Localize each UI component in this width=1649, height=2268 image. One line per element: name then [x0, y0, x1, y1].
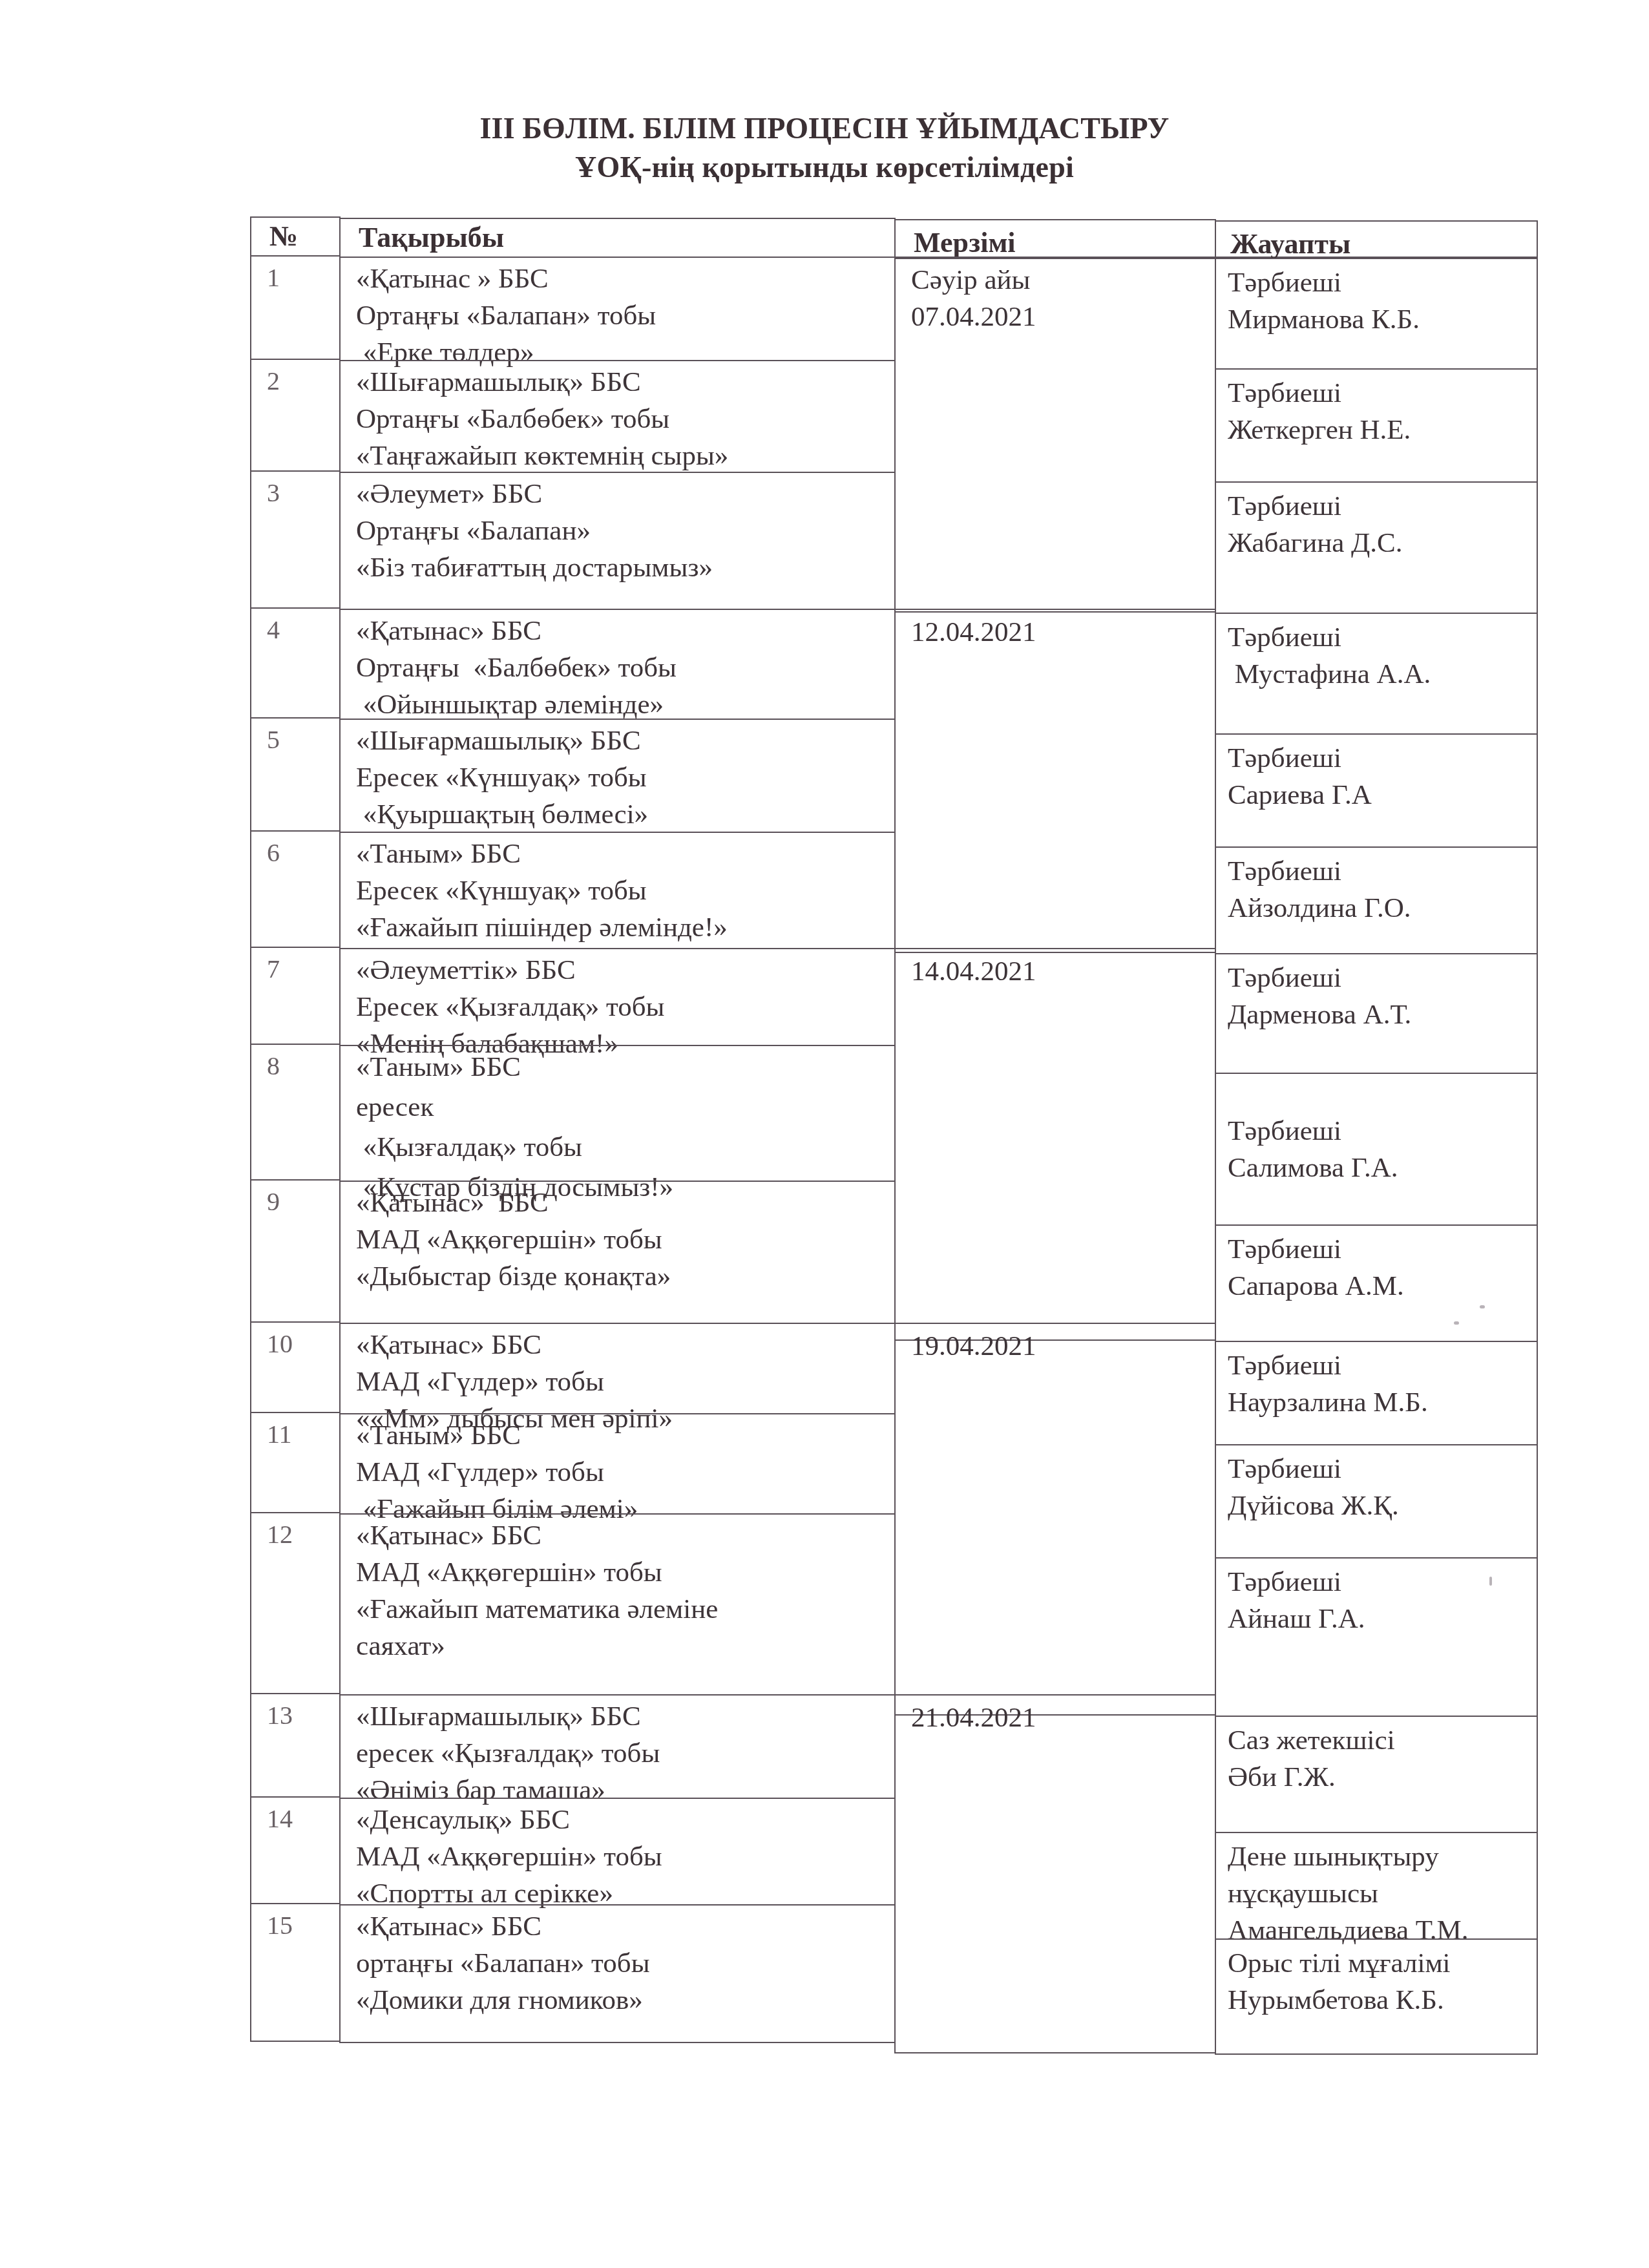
date-line: 12.04.2021: [911, 614, 1036, 651]
row-number-cell: 13: [250, 1693, 341, 1798]
topic-line: «Қатынас» ББС: [356, 1517, 541, 1554]
responsible-line: Жеткерген Н.Е.: [1228, 412, 1411, 448]
row-number-cell: 10: [250, 1321, 341, 1413]
topic-line: Ортаңғы «Балбөбек» тобы: [356, 649, 677, 686]
header-number-cell: №: [250, 216, 341, 257]
row-number-cell: 6: [250, 830, 341, 948]
responsible-line: Тәрбиеші: [1228, 488, 1341, 525]
date-cell: 14.04.2021: [894, 948, 1216, 1341]
row-number: 5: [267, 721, 280, 758]
responsible-cell: ТәрбиешіМирманова К.Б.: [1215, 258, 1538, 370]
header-topic: Тақырыбы: [359, 219, 504, 256]
topic-line: «Әлеумет» ББС: [356, 476, 542, 512]
responsible-line: Тәрбиеші: [1228, 1564, 1341, 1601]
responsible-cell: ТәрбиешіНаурзалина М.Б.: [1215, 1341, 1538, 1445]
row-number: 13: [267, 1697, 293, 1734]
responsible-line: Нурымбетова К.Б.: [1228, 1982, 1444, 2019]
topic-cell: «Қатынас» ББСортаңғы «Балапан» тобы«Доми…: [339, 1904, 896, 2043]
topic-cell: «Әлеуметтік» ББСЕресек «Қызғалдақ» тобы«…: [339, 948, 896, 1046]
scan-speck: [1480, 1305, 1485, 1308]
topic-line: «Әлеуметтік» ББС: [356, 952, 576, 989]
topic-line: «Қызғалдақ» тобы: [356, 1129, 582, 1166]
topic-line: МАД «Гүлдер» тобы: [356, 1363, 604, 1400]
responsible-line: Тәрбиеші: [1228, 1347, 1341, 1384]
row-number: 12: [267, 1516, 293, 1553]
topic-line: МАД «Аққөгершін» тобы: [356, 1838, 662, 1875]
topic-cell: «Әлеумет» ББСОртаңғы «Балапан»«Біз табиғ…: [339, 472, 896, 610]
date-line: 19.04.2021: [911, 1328, 1036, 1365]
responsible-line: Мустафина А.А.: [1228, 656, 1431, 693]
topic-line: «Ғажайып пішіндер әлемінде!»: [356, 909, 728, 946]
topic-line: «Таным» ББС: [356, 1417, 521, 1454]
topic-line: Ортаңғы «Балапан»: [356, 512, 591, 549]
responsible-cell: ТәрбиешіДарменова А.Т.: [1215, 953, 1538, 1074]
date-cell: 19.04.2021: [894, 1323, 1216, 1716]
topic-line: «Ғажайып математика әлеміне: [356, 1591, 718, 1628]
topic-cell: «Денсаулық» ББСМАД «Аққөгершін» тобы«Спо…: [339, 1798, 896, 1906]
header-date-cell: Мерзімі: [894, 219, 1216, 259]
responsible-cell: ТәрбиешіДүйісова Ж.Қ.: [1215, 1444, 1538, 1559]
topic-line: «Таным» ББС: [356, 1049, 521, 1086]
responsible-line: Сариева Г.А: [1228, 777, 1372, 814]
topic-line: «Домики для гномиков»: [356, 1982, 643, 2019]
topic-line: ересек «Қызғалдақ» тобы: [356, 1735, 660, 1772]
responsible-line: Дене шынықтыру: [1228, 1838, 1439, 1875]
scan-speck: [1454, 1321, 1459, 1325]
responsible-cell: ТәрбиешіСалимова Г.А.: [1215, 1073, 1538, 1226]
row-number-cell: 2: [250, 359, 341, 472]
responsible-line: Тәрбиеші: [1228, 960, 1341, 996]
topic-line: «Дыбыстар бізде қонақта»: [356, 1258, 671, 1295]
responsible-line: Тәрбиеші: [1228, 1451, 1341, 1487]
topic-line: «Қатынас» ББС: [356, 1184, 549, 1221]
topic-line: «Біз табиғаттың достарымыз»: [356, 549, 713, 586]
topic-line: «Шығармашылық» ББС: [356, 722, 641, 759]
topic-line: «Шығармашылық» ББС: [356, 1698, 641, 1735]
topic-cell: «Шығармашылық» ББСересек «Қызғалдақ» тоб…: [339, 1694, 896, 1799]
row-number: 10: [267, 1325, 293, 1362]
row-number: 11: [267, 1416, 292, 1453]
responsible-cell: ТәрбиешіАйзолдина Г.О.: [1215, 846, 1538, 954]
row-number-cell: 7: [250, 947, 341, 1045]
topic-cell: «Шығармашылық» ББСОртаңғы «Балбөбек» тоб…: [339, 360, 896, 473]
date-cell: Сәуір айы07.04.2021: [894, 257, 1216, 613]
topic-line: «Қатынас» ББС: [356, 1327, 541, 1363]
row-number: 14: [267, 1800, 293, 1837]
topic-cell: «Қатынас» ББСМАД «Аққөгершін» тобы«Дыбыс…: [339, 1181, 896, 1324]
responsible-cell: ТәрбиешіЖабагина Д.С.: [1215, 481, 1538, 614]
topic-line: МАД «Аққөгершін» тобы: [356, 1554, 662, 1591]
row-number-cell: 8: [250, 1044, 341, 1181]
section-subtitle: ҰОҚ-нің қорытынды көрсетілімдері: [0, 150, 1649, 184]
responsible-line: Әби Г.Ж.: [1228, 1759, 1336, 1796]
responsible-line: Тәрбиеші: [1228, 1113, 1341, 1150]
topic-cell: «Таным» ББСЕресек «Күншуақ» тобы«Ғажайып…: [339, 832, 896, 949]
row-number: 15: [267, 1907, 293, 1944]
responsible-line: Тәрбиеші: [1228, 375, 1341, 412]
topic-cell: «Қатынас» ББСОртаңғы «Балбөбек» тобы «Ой…: [339, 609, 896, 720]
header-responsible: Жауапты: [1230, 226, 1350, 262]
responsible-line: Мирманова К.Б.: [1228, 301, 1420, 338]
row-number: 9: [267, 1183, 280, 1220]
row-number: 4: [267, 611, 280, 648]
header-responsible-cell: Жауапты: [1215, 220, 1538, 258]
date-cell: 12.04.2021: [894, 609, 1216, 953]
responsible-line: Айзолдина Г.О.: [1228, 890, 1411, 927]
row-number-cell: 12: [250, 1512, 341, 1694]
row-number-cell: 14: [250, 1796, 341, 1904]
row-number-cell: 3: [250, 470, 341, 609]
topic-line: МАД «Гүлдер» тобы: [356, 1454, 604, 1491]
topic-line: «Қуыршақтың бөлмесі»: [356, 796, 648, 833]
row-number-cell: 1: [250, 255, 341, 360]
responsible-line: Салимова Г.А.: [1228, 1150, 1398, 1186]
row-number: 3: [267, 474, 280, 511]
topic-line: «Қатынас » ББС: [356, 260, 549, 297]
topic-line: Ересек «Күншуақ» тобы: [356, 759, 647, 796]
responsible-line: нұсқаушысы: [1228, 1875, 1378, 1912]
row-number-cell: 11: [250, 1412, 341, 1513]
topic-line: Ересек «Күншуақ» тобы: [356, 872, 647, 909]
responsible-cell: ТәрбиешіСапарова А.М.: [1215, 1224, 1538, 1342]
topic-line: саяхат»: [356, 1628, 445, 1664]
responsible-line: Тәрбиеші: [1228, 619, 1341, 656]
responsible-line: Орыс тілі мұғалімі: [1228, 1945, 1451, 1982]
topic-cell: «Қатынас » ББСОртаңғы «Балапан» тобы «Ер…: [339, 257, 896, 361]
responsible-line: Тәрбиеші: [1228, 740, 1341, 777]
responsible-cell: Тәрбиеші Мустафина А.А.: [1215, 613, 1538, 735]
topic-line: ересек: [356, 1089, 434, 1126]
row-number-cell: 5: [250, 717, 341, 832]
row-number: 6: [267, 834, 280, 871]
row-number: 8: [267, 1047, 280, 1084]
topic-line: Ортаңғы «Балапан» тобы: [356, 297, 656, 334]
row-number-cell: 9: [250, 1179, 341, 1323]
responsible-line: Жабагина Д.С.: [1228, 525, 1403, 562]
responsible-line: Тәрбиеші: [1228, 264, 1341, 301]
row-number: 2: [267, 362, 280, 399]
responsible-line: Айнаш Г.А.: [1228, 1601, 1365, 1637]
topic-cell: «Шығармашылық» ББСЕресек «Күншуақ» тобы …: [339, 719, 896, 833]
topic-line: «Таңғажайып көктемнің сыры»: [356, 437, 728, 474]
responsible-cell: Саз жетекшісіӘби Г.Ж.: [1215, 1716, 1538, 1833]
topic-cell: «Таным» ББСМАД «Гүлдер» тобы «Ғажайып бі…: [339, 1413, 896, 1515]
date-line: 07.04.2021: [911, 299, 1036, 335]
topic-line: «Таным» ББС: [356, 835, 521, 872]
header-date: Мерзімі: [914, 224, 1016, 261]
header-number: №: [269, 218, 298, 255]
topic-line: МАД «Аққөгершін» тобы: [356, 1221, 662, 1258]
header-topic-cell: Тақырыбы: [339, 218, 896, 258]
row-number-cell: 15: [250, 1903, 341, 2042]
responsible-line: Тәрбиеші: [1228, 853, 1341, 890]
date-line: Сәуір айы: [911, 262, 1030, 299]
section-title: III БӨЛІМ. БІЛІМ ПРОЦЕСІН ҰЙЫМДАСТЫРУ: [0, 111, 1649, 145]
topic-line: Ортаңғы «Балбөбек» тобы: [356, 401, 669, 437]
responsible-cell: ТәрбиешіЖеткерген Н.Е.: [1215, 368, 1538, 483]
row-number-cell: 4: [250, 607, 341, 719]
responsible-line: Сапарова А.М.: [1228, 1268, 1404, 1305]
date-line: 14.04.2021: [911, 953, 1036, 990]
topic-line: «Ойыншықтар әлемінде»: [356, 686, 664, 723]
responsible-cell: Орыс тілі мұғаліміНурымбетова К.Б.: [1215, 1938, 1538, 2055]
scan-speck: [1489, 1577, 1492, 1586]
topic-cell: «Қатынас» ББСМАД «Гүлдер» тобы««Мм» дыбы…: [339, 1323, 896, 1414]
topic-line: Ересек «Қызғалдақ» тобы: [356, 989, 664, 1025]
row-number: 7: [267, 950, 280, 987]
responsible-line: Тәрбиеші: [1228, 1231, 1341, 1268]
topic-line: «Қатынас» ББС: [356, 1908, 541, 1945]
topic-cell: «Қатынас» ББСМАД «Аққөгершін» тобы«Ғажай…: [339, 1513, 896, 1696]
date-cell: 21.04.2021: [894, 1694, 1216, 2053]
responsible-line: Наурзалина М.Б.: [1228, 1384, 1428, 1421]
topic-cell: «Таным» ББСересек «Қызғалдақ» тобы «Құст…: [339, 1045, 896, 1182]
topic-line: «Қатынас» ББС: [356, 613, 541, 649]
date-line: 21.04.2021: [911, 1699, 1036, 1736]
responsible-cell: ТәрбиешіСариева Г.А: [1215, 733, 1538, 848]
responsible-line: Дарменова А.Т.: [1228, 996, 1411, 1033]
row-number: 1: [267, 259, 280, 296]
topic-line: «Шығармашылық» ББС: [356, 364, 641, 401]
topic-line: ортаңғы «Балапан» тобы: [356, 1945, 650, 1982]
topic-line: «Денсаулық» ББС: [356, 1801, 570, 1838]
responsible-line: Дүйісова Ж.Қ.: [1228, 1487, 1399, 1524]
responsible-cell: Дене шынықтырунұсқаушысыАмангельдиева Т.…: [1215, 1832, 1538, 1940]
responsible-line: Саз жетекшісі: [1228, 1722, 1395, 1759]
